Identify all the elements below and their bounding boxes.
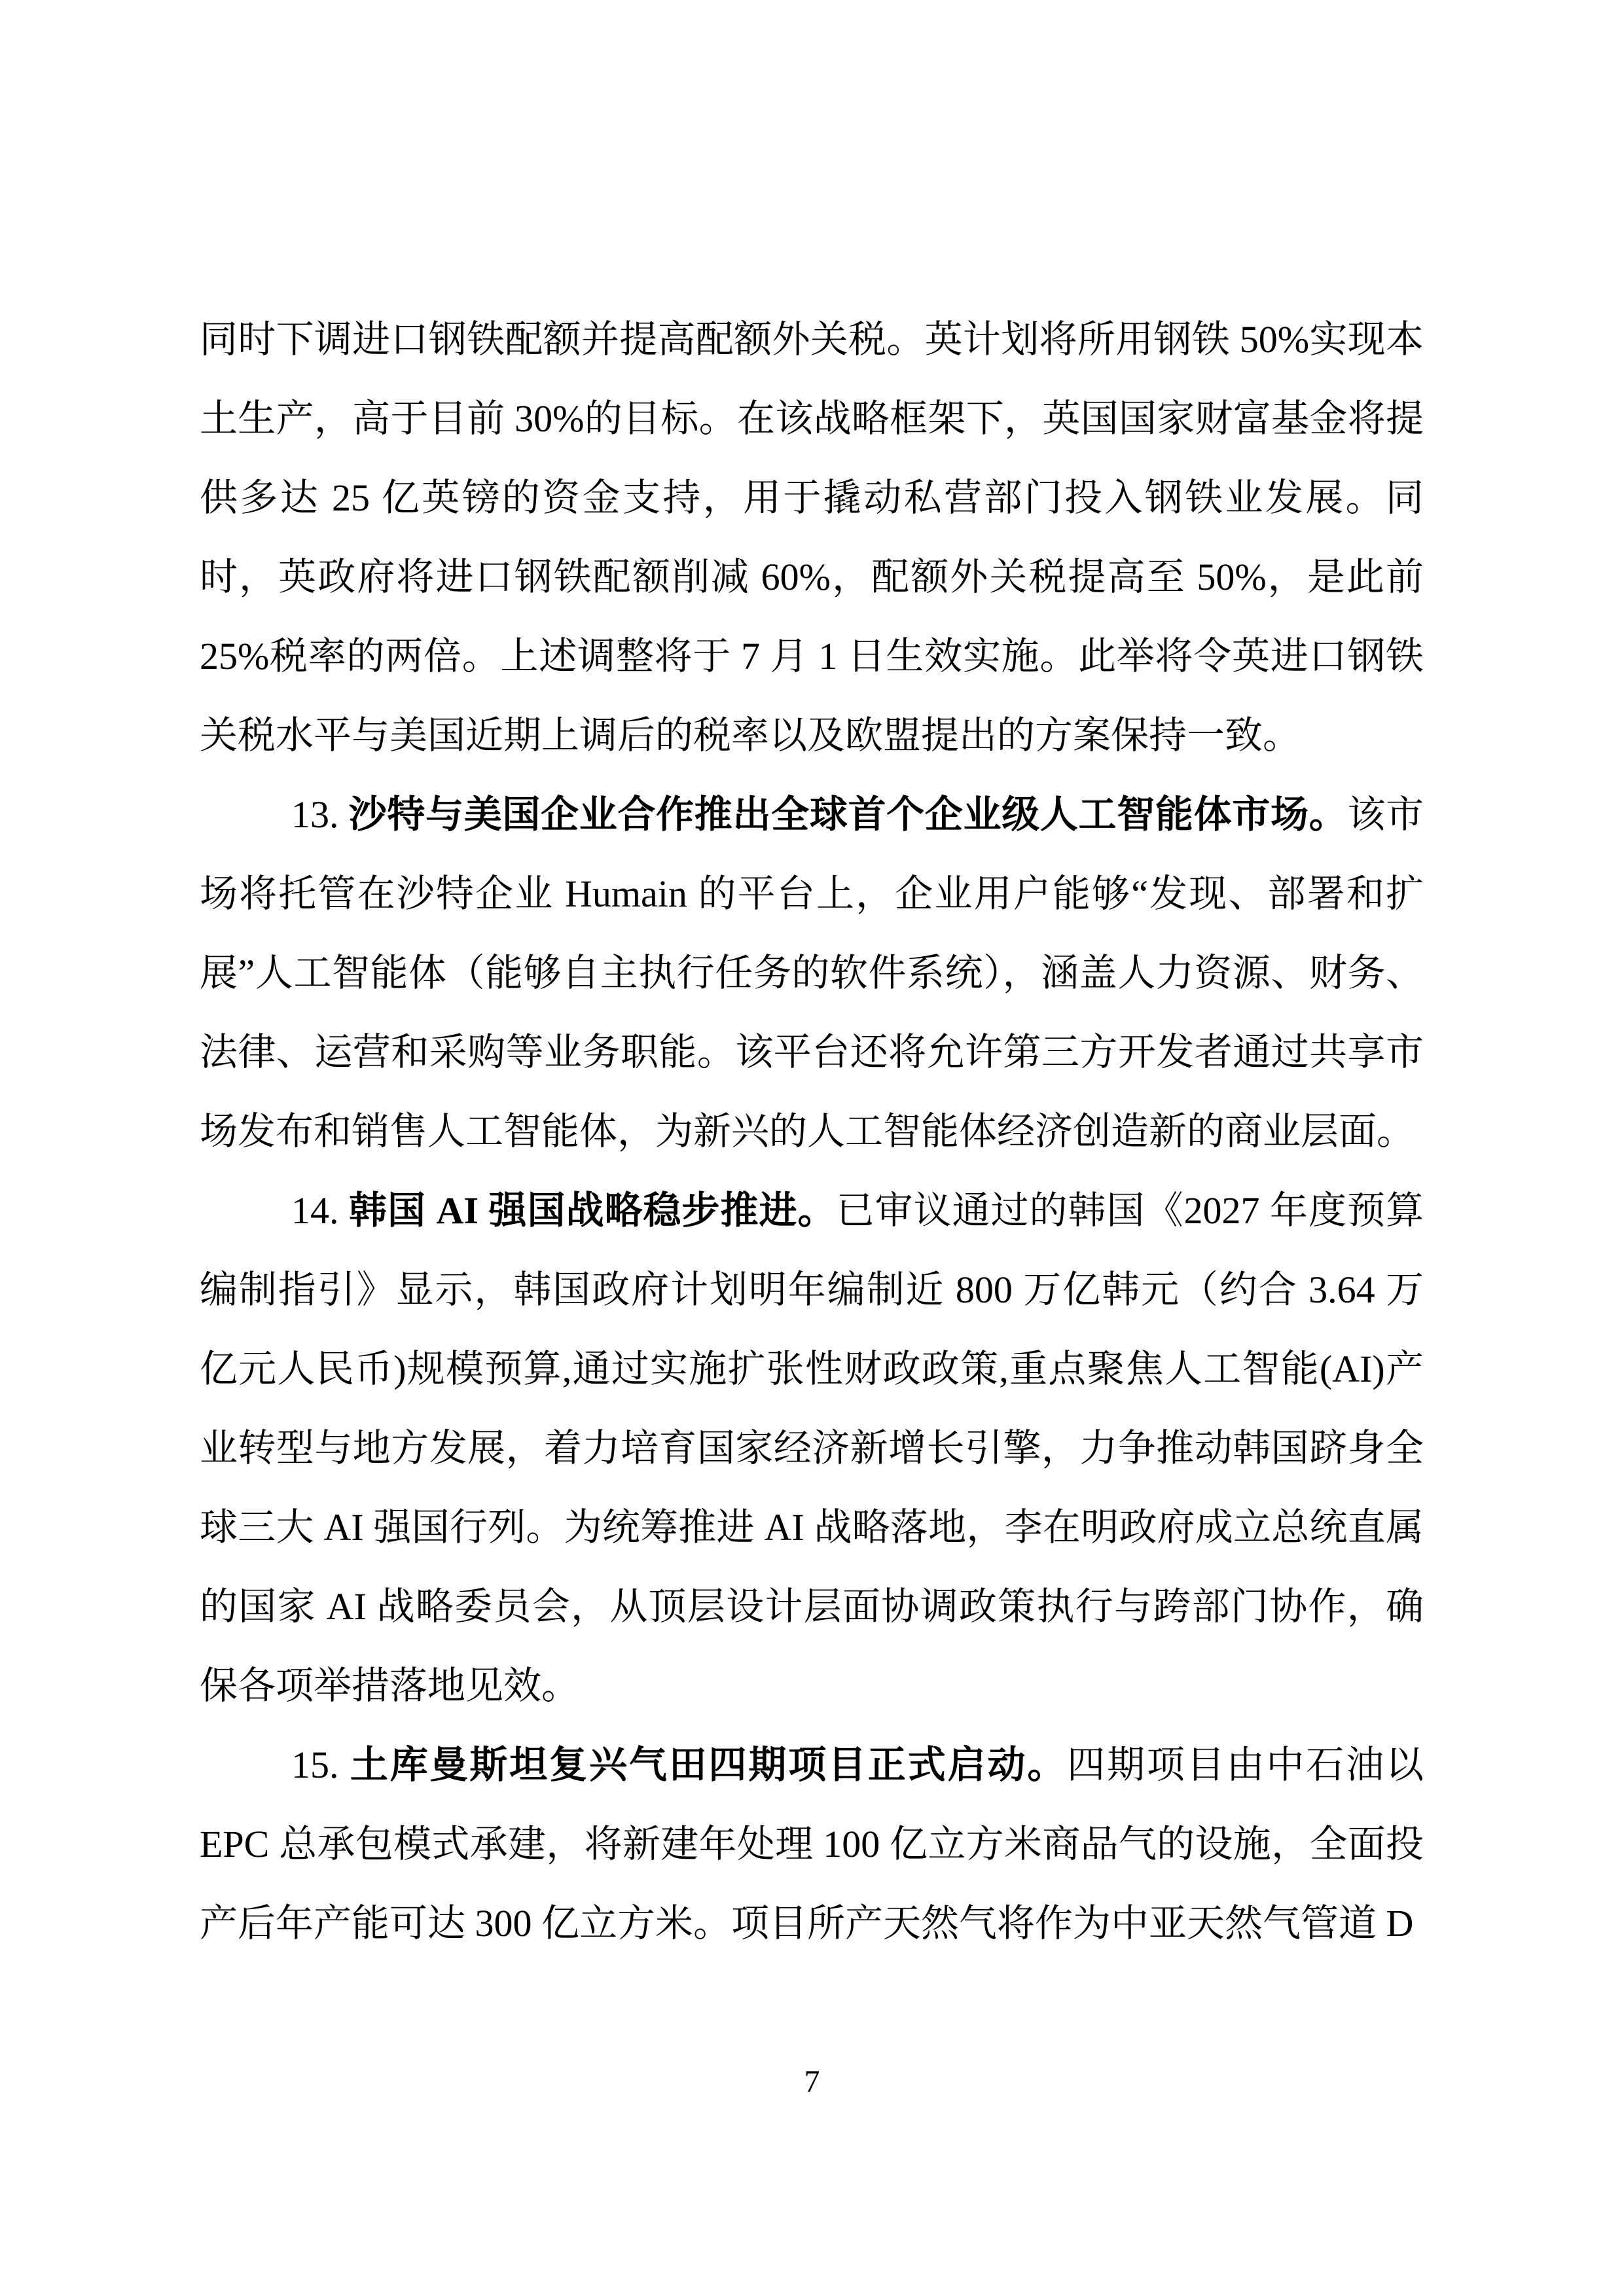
item-heading: 韩国 AI 强国战略稳步推进。 (349, 1189, 836, 1232)
item-heading: 沙特与美国企业合作推出全球首个企业级人工智能体市场。 (349, 793, 1348, 836)
item-number: 14. (291, 1189, 349, 1232)
text-run: 该市场将托管在沙特企业 Humain 的平台上，企业用户能够“发现、部署和扩展”… (200, 793, 1424, 1153)
paragraph-item-13: 13. 沙特与美国企业合作推出全球首个企业级人工智能体市场。该市场将托管在沙特企… (200, 775, 1424, 1171)
paragraph-item-15: 15. 土库曼斯坦复兴气田四期项目正式启动。四期项目由中石油以 EPC 总承包模… (200, 1725, 1424, 1963)
item-heading: 土库曼斯坦复兴气田四期项目正式启动。 (350, 1744, 1067, 1786)
text-run: 同时下调进口钢铁配额并提高配额外关税。英计划将所用钢铁 50%实现本土生产，高于… (200, 318, 1424, 757)
document-page: 同时下调进口钢铁配额并提高配额外关税。英计划将所用钢铁 50%实现本土生产，高于… (0, 0, 1624, 2296)
page-number: 7 (0, 2062, 1624, 2102)
text-run: 已审议通过的韩国《2027 年度预算编制指引》显示，韩国政府计划明年编制近 80… (200, 1189, 1424, 1707)
item-number: 13. (291, 793, 349, 836)
item-number: 15. (291, 1744, 350, 1786)
paragraph-continuation: 同时下调进口钢铁配额并提高配额外关税。英计划将所用钢铁 50%实现本土生产，高于… (200, 300, 1424, 775)
document-body: 同时下调进口钢铁配额并提高配额外关税。英计划将所用钢铁 50%实现本土生产，高于… (200, 300, 1424, 1963)
paragraph-item-14: 14. 韩国 AI 强国战略稳步推进。已审议通过的韩国《2027 年度预算编制指… (200, 1171, 1424, 1725)
